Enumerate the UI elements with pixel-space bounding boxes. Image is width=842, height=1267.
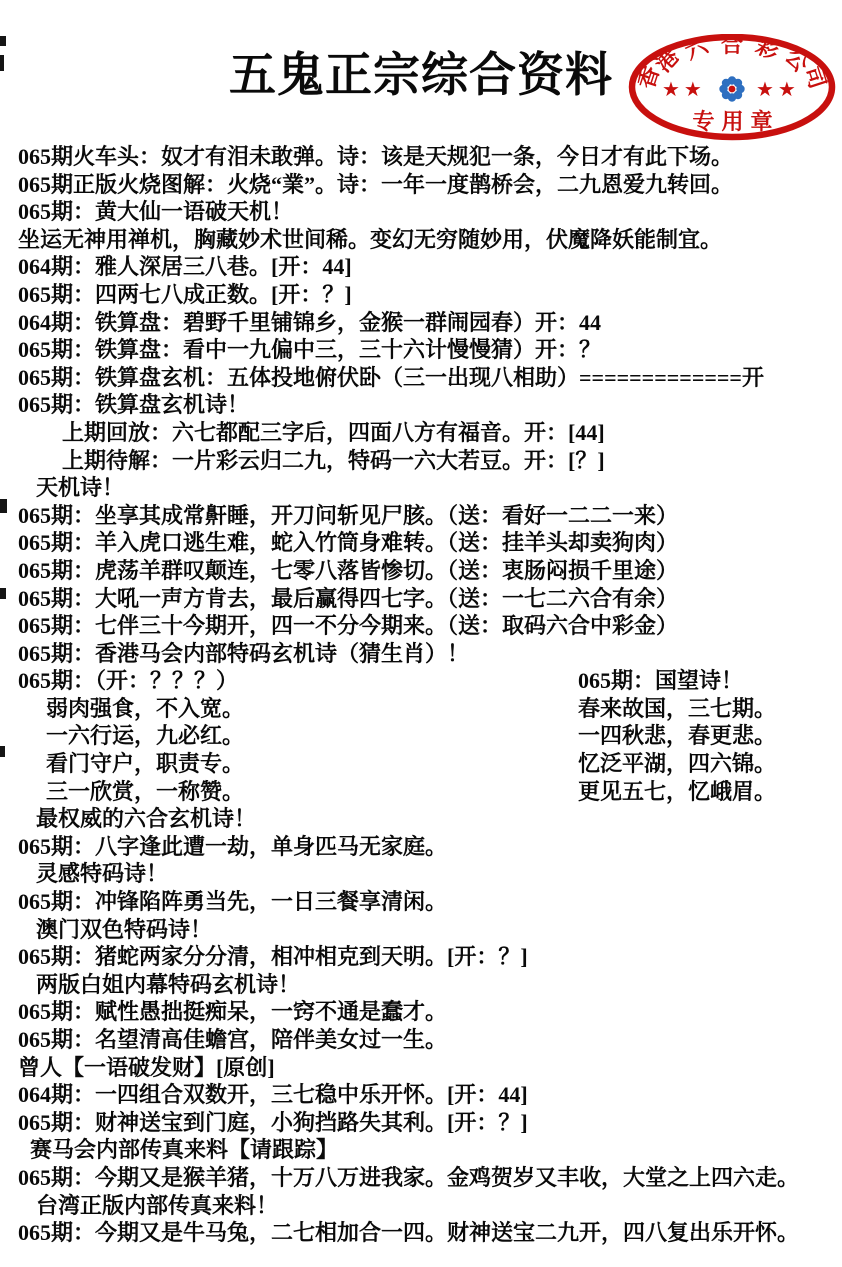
line-text: 064期：一四组合双数开，三七稳中乐开怀。[开：44] [18, 1082, 528, 1107]
text-line: 065期：名望清高佳蟾宫，陪伴美女过一生。 [0, 1026, 842, 1054]
line-text: 065期正版火烧图解：火烧“業”。诗：一年一度鹊桥会，二九恩爱九转回。 [18, 172, 733, 197]
company-stamp: 香港六合彩公司 ★★ ★★ 专用章 [628, 34, 840, 142]
line-text: 065期：冲锋陷阵勇当先，一日三餐享清闲。 [18, 889, 447, 914]
line-text: 澳门双色特码诗！ [36, 917, 212, 942]
line-text: 坐运无神用禅机，胸藏妙术世间稀。变幻无穷随妙用，伏魔降妖能制宜。 [18, 227, 722, 252]
text-line: 065期：坐享其成常鼾睡，开刀问斩见尸胲。（送：看好一二二一来） [0, 502, 842, 530]
line-text: 065期：猪蛇两家分分清，相冲相克到天明。[开：？] [18, 944, 528, 969]
line-text: 065期：名望清高佳蟾宫，陪伴美女过一生。 [18, 1027, 447, 1052]
text-line: 065期：今期又是牛马兔，二七相加合一四。财神送宝二九开，四八复出乐开怀。 [0, 1219, 842, 1247]
text-line: 065期：八字逢此遭一劫，单身匹马无家庭。 [0, 833, 842, 861]
text-line: 065期：虎荡羊群叹颠连，七零八落皆惨切。（送：衷肠闷损千里途） [0, 557, 842, 585]
text-line: 曾人【一语破发财】[原创] [0, 1054, 842, 1082]
text-line: 065期：香港马会内部特码玄机诗（猜生肖）！ [0, 640, 842, 668]
lottery-info-sheet: 五鬼正宗综合资料 香港六合彩公司 ★★ ★★ 专用章 065期火车头：奴才有泪未… [0, 0, 842, 1267]
scan-artifact [0, 55, 4, 71]
line-text: 一六行运，九必红。 [46, 723, 244, 748]
text-line: 065期：羊入虎口逃生难，蛇入竹筒身难转。（送：挂羊头却卖狗肉） [0, 529, 842, 557]
line-text: 065期：今期又是牛马兔，二七相加合一四。财神送宝二九开，四八复出乐开怀。 [18, 1220, 799, 1245]
text-line: 064期：铁算盘：碧野千里铺锦乡，金猴一群闹园春）开：44 [0, 309, 842, 337]
text-line: 064期：一四组合双数开，三七稳中乐开怀。[开：44] [0, 1081, 842, 1109]
line-text: 065期：坐享其成常鼾睡，开刀问斩见尸胲。（送：看好一二二一来） [18, 503, 678, 528]
text-line: 坐运无神用禅机，胸藏妙术世间稀。变幻无穷随妙用，伏魔降妖能制宜。 [0, 226, 842, 254]
text-line: 台湾正版内部传真来料！ [0, 1192, 842, 1220]
stamp-stars-right: ★★ [756, 77, 800, 101]
text-line: 065期正版火烧图解：火烧“業”。诗：一年一度鹊桥会，二九恩爱九转回。 [0, 171, 842, 199]
text-line: 065期：铁算盘玄机：五体投地俯伏卧（三一出现八相助）=============… [0, 364, 842, 392]
line-text: 065期：七伴三十今期开，四一不分今期来。（送：取码六合中彩金） [18, 613, 678, 638]
line-text: 065期：香港马会内部特码玄机诗（猜生肖）！ [18, 641, 469, 666]
text-line: 两版白姐内幕特码玄机诗！ [0, 971, 842, 999]
text-line: 065期：今期又是猴羊猪，十万八万进我家。金鸡贺岁又丰收，大堂之上四六走。 [0, 1164, 842, 1192]
right-column-header: 065期：国望诗！ [578, 667, 743, 695]
line-text: 064期：雅人深居三八巷。[开：44] [18, 254, 352, 279]
line-text: 065期：铁算盘玄机：五体投地俯伏卧（三一出现八相助）=============… [18, 365, 764, 390]
line-text: 看门守户，职责专。 [46, 751, 244, 776]
line-text: 三一欣赏，一称赞。 [46, 779, 244, 804]
bauhinia-flower-icon [719, 76, 744, 101]
line-text: 065期：（开：？？？） [18, 668, 238, 693]
text-line: 灵感特码诗！ [0, 860, 842, 888]
text-line: 064期：雅人深居三八巷。[开：44] [0, 253, 842, 281]
line-text: 064期：铁算盘：碧野千里铺锦乡，金猴一群闹园春）开：44 [18, 310, 601, 335]
right-column-line: 更见五七，忆峨眉。 [578, 778, 776, 806]
text-line: 一六行运，九必红。 一四秋悲，春更悲。 [0, 722, 842, 750]
line-text: 065期：虎荡羊群叹颠连，七零八落皆惨切。（送：衷肠闷损千里途） [18, 558, 678, 583]
text-line: 065期：铁算盘玄机诗！ [0, 391, 842, 419]
line-text: 上期回放：六七都配三字后，四面八方有福音。开：[44] [62, 420, 605, 445]
line-text: 065期：铁算盘：看中一九偏中三，三十六计慢慢猜）开：？ [18, 337, 601, 362]
line-text: 065期：八字逢此遭一劫，单身匹马无家庭。 [18, 834, 447, 859]
line-text: 两版白姐内幕特码玄机诗！ [36, 972, 300, 997]
text-line: 澳门双色特码诗！ [0, 916, 842, 944]
text-line: 三一欣赏，一称赞。 更见五七，忆峨眉。 [0, 778, 842, 806]
right-column-line: 忆泛平湖，四六锦。 [578, 750, 776, 778]
line-text: 最权威的六合玄机诗！ [36, 806, 256, 831]
line-text: 上期待解：一片彩云归二九，特码一六大若豆。开：[？] [62, 448, 605, 473]
line-text: 天机诗！ [36, 475, 124, 500]
line-text: 065期火车头：奴才有泪未敢弹。诗：该是天规犯一条，今日才有此下场。 [18, 144, 733, 169]
stamp-bottom-text: 专用章 [692, 109, 779, 134]
svg-text:合: 合 [721, 34, 743, 57]
line-text: 065期：四两七八成正数。[开：？] [18, 282, 352, 307]
line-text: 065期：今期又是猴羊猪，十万八万进我家。金鸡贺岁又丰收，大堂之上四六走。 [18, 1165, 799, 1190]
text-line: 最权威的六合玄机诗！ [0, 805, 842, 833]
text-line: 065期：铁算盘：看中一九偏中三，三十六计慢慢猜）开：？ [0, 336, 842, 364]
text-line: 065期：冲锋陷阵勇当先，一日三餐享清闲。 [0, 888, 842, 916]
line-text: 065期：铁算盘玄机诗！ [18, 392, 249, 417]
line-text: 灵感特码诗！ [36, 861, 168, 886]
line-text: 曾人【一语破发财】[原创] [18, 1055, 275, 1080]
text-line: 065期：黄大仙一语破天机！ [0, 198, 842, 226]
text-line: 弱肉强食，不入宽。 春来故国，三七期。 [0, 695, 842, 723]
line-text: 065期：大吼一声方肯去，最后赢得四七字。（送：一七二六合有余） [18, 586, 678, 611]
text-line: 上期待解：一片彩云归二九，特码一六大若豆。开：[？] [0, 447, 842, 475]
line-text: 065期：羊入虎口逃生难，蛇入竹筒身难转。（送：挂羊头却卖狗肉） [18, 530, 678, 555]
stamp-stars-left: ★★ [662, 77, 706, 101]
line-text: 台湾正版内部传真来料！ [36, 1193, 278, 1218]
line-text: 赛马会内部传真来料【请跟踪】 [30, 1137, 338, 1162]
text-line: 065期：七伴三十今期开，四一不分今期来。（送：取码六合中彩金） [0, 612, 842, 640]
right-column-line: 春来故国，三七期。 [578, 695, 776, 723]
text-line: 065期：赋性愚拙挺痴呆，一窍不通是蠢才。 [0, 998, 842, 1026]
text-line: 上期回放：六七都配三字后，四面八方有福音。开：[44] [0, 419, 842, 447]
text-line: 天机诗！ [0, 474, 842, 502]
text-line: 065期：（开：？？？） 065期：国望诗！ [0, 667, 842, 695]
text-line: 065期：四两七八成正数。[开：？] [0, 281, 842, 309]
line-text: 065期：赋性愚拙挺痴呆，一窍不通是蠢才。 [18, 999, 447, 1024]
text-line: 065期：财神送宝到门庭，小狗挡路失其利。[开：？] [0, 1109, 842, 1137]
line-text: 065期：黄大仙一语破天机！ [18, 199, 293, 224]
document-body: 065期火车头：奴才有泪未敢弹。诗：该是天规犯一条，今日才有此下场。 065期正… [0, 143, 842, 1247]
line-text: 弱肉强食，不入宽。 [46, 696, 244, 721]
right-column-line: 一四秋悲，春更悲。 [578, 722, 776, 750]
text-line: 看门守户，职责专。 忆泛平湖，四六锦。 [0, 750, 842, 778]
text-line: 065期火车头：奴才有泪未敢弹。诗：该是天规犯一条，今日才有此下场。 [0, 143, 842, 171]
scan-artifact [0, 36, 6, 46]
text-line: 赛马会内部传真来料【请跟踪】 [0, 1136, 842, 1164]
text-line: 065期：大吼一声方肯去，最后赢得四七字。（送：一七二六合有余） [0, 585, 842, 613]
text-line: 065期：猪蛇两家分分清，相冲相克到天明。[开：？] [0, 943, 842, 971]
line-text: 065期：财神送宝到门庭，小狗挡路失其利。[开：？] [18, 1110, 528, 1135]
